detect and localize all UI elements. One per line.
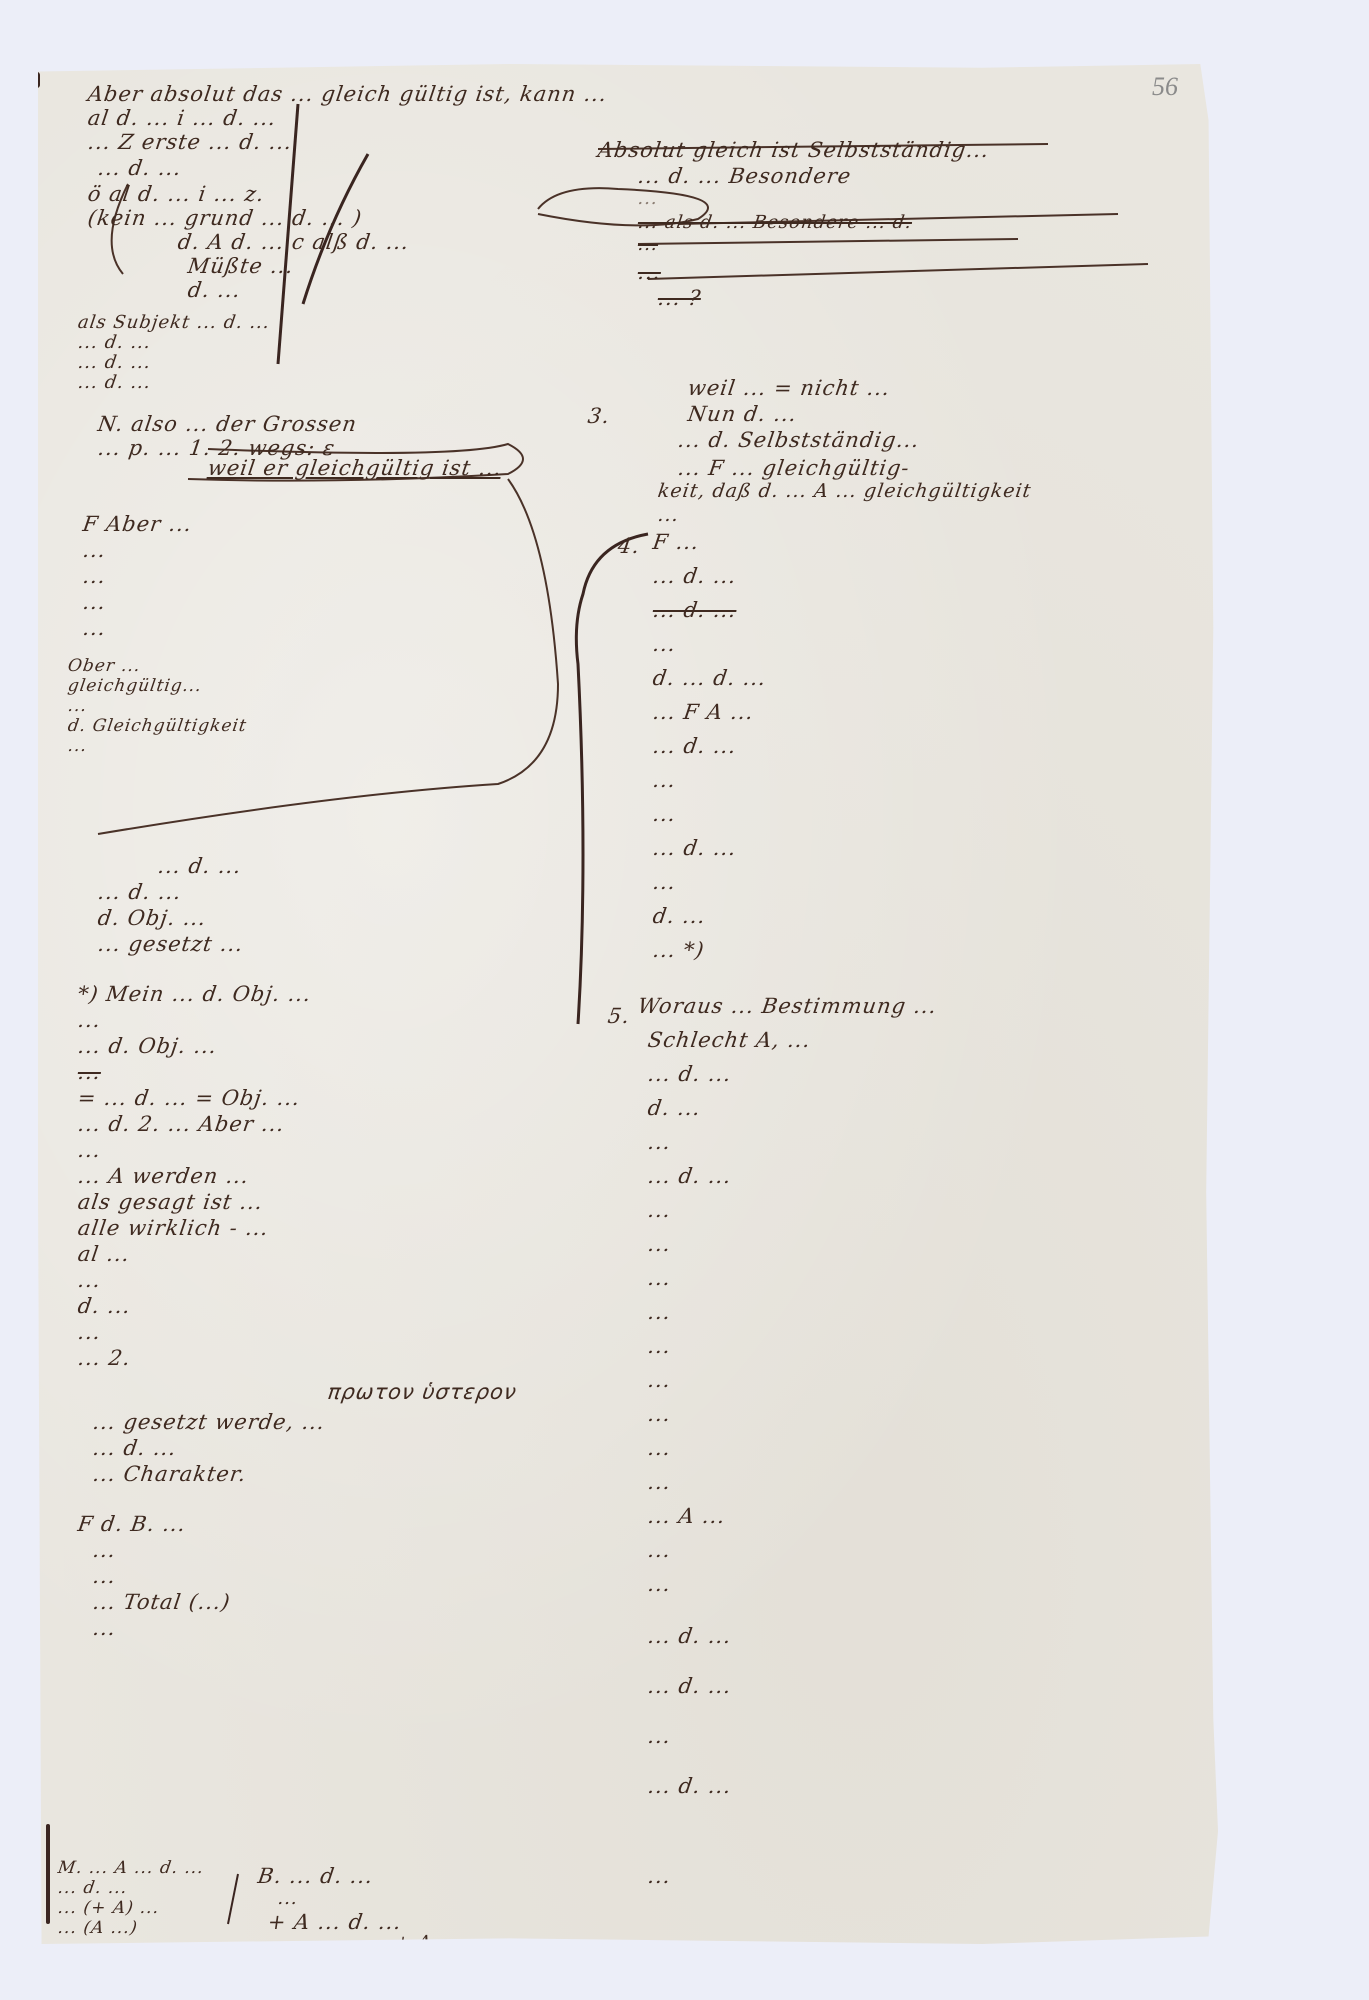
footnote-line: ... [76, 1268, 102, 1292]
text-line: ... d. ... [77, 352, 153, 373]
text-line: keit, daß d. ... A ... gleichgültigkeit [656, 480, 1032, 502]
text-line: ... [646, 1470, 672, 1494]
text-line: ... [646, 1572, 672, 1596]
text-line: ... [646, 1538, 672, 1562]
text-line: ... [81, 590, 107, 614]
footnote-line: al ... [76, 1242, 131, 1266]
section-number: 5. [606, 1004, 631, 1028]
struck-line: ... d. ... Besondere [636, 164, 853, 188]
text-line: ... [91, 1564, 117, 1588]
text-line: ... d. ... [646, 1674, 733, 1698]
text-line: ... [651, 768, 677, 792]
text-line: ... [81, 616, 107, 640]
struck-line: ... [637, 188, 660, 209]
folio-number: 56 [1152, 72, 1178, 102]
text-line: d. ... [651, 904, 707, 928]
text-line: ... d. ... [646, 1624, 733, 1648]
footnote-line: ... [76, 1320, 102, 1344]
bottom-note: ... (+ A) ... [57, 1898, 161, 1918]
text-line: ... + A. ... [367, 1932, 467, 1953]
text-line: ... [646, 1334, 672, 1358]
text-line: ... Z erste ... d. ... [86, 130, 294, 154]
text-line: ... A ... [646, 1504, 727, 1528]
text-line: ... [646, 1130, 672, 1154]
text-line: F d. B. ... [76, 1512, 187, 1536]
text-line: ... d. ... [651, 564, 738, 588]
text-line: + A ... d. ... [266, 1910, 403, 1934]
text-line: F Aber ... [81, 512, 193, 536]
text-line: Müßte ... [186, 254, 295, 278]
bottom-note: ... d. ... [57, 1878, 129, 1898]
margin-note: ... [67, 736, 89, 756]
text-line: Aber absolut das ... gleich gültig ist, … [86, 82, 608, 106]
margin-note: gleichgültig... [67, 676, 204, 696]
footnote-line: ... [76, 1008, 102, 1032]
footnote-line: ... [76, 1138, 102, 1162]
text-line: d. ... [646, 1096, 702, 1120]
text-line: Schlecht A, ... [646, 1028, 812, 1052]
struck-line: ... [637, 234, 660, 255]
text-line: ... d. ... [96, 880, 183, 904]
text-line: ... F ... gleichgültig- [676, 456, 911, 480]
text-line: ... [651, 870, 677, 894]
manuscript-page: 56 Aber absolut das ... gleich gültig is… [38, 64, 1218, 1944]
footnote-line: ... 2. [76, 1346, 132, 1370]
text-line: ... *) [651, 938, 706, 962]
text-line: ... gesetzt werde, ... [91, 1410, 326, 1434]
bottom-note: M. ... A ... d. ... [57, 1858, 206, 1878]
text-line: Woraus ... Bestimmung ... [636, 994, 938, 1018]
text-line: ... [646, 1368, 672, 1392]
text-line: ... [646, 1300, 672, 1324]
struck-line: ... als d. ... Besondere ... d. [637, 212, 914, 233]
text-line: ... [646, 1198, 672, 1222]
text-line: ... [646, 1232, 672, 1256]
text-line: ... gesetzt ... [96, 932, 245, 956]
text-line: ... F A ... [651, 700, 755, 724]
section-number: 3. [586, 404, 611, 428]
text-line: ... d. ... [91, 1436, 178, 1460]
text-line: ... Total (...) [91, 1590, 232, 1614]
text-line: d. Obj. ... [96, 906, 208, 930]
text-line: ... [91, 1538, 117, 1562]
text-line: d. A d. ... c alß d. ... [176, 230, 411, 254]
footnote-line: alle wirklich - ... [76, 1216, 270, 1240]
footnote-line: = ... d. ... = Obj. ... [76, 1086, 302, 1110]
margin-note: ... [67, 696, 89, 716]
text-line: ... d. ... [646, 1164, 733, 1188]
footnote-line: ... d. Obj. ... [76, 1034, 218, 1058]
text-line: ... [651, 802, 677, 826]
text-line: B. ... d. ... [256, 1864, 375, 1888]
text-line: ... d. ... [651, 598, 738, 622]
text-line: al d. ... i ... d. ... [86, 106, 278, 130]
text-line: ... d. ... [651, 836, 738, 860]
text-line: ... [646, 1724, 672, 1748]
text-line: ... [81, 564, 107, 588]
text-line: ... [277, 1888, 300, 1909]
text-line: ... d. ... [96, 156, 183, 180]
text-line: ... [646, 1266, 672, 1290]
text-line: ... d. ... [651, 734, 738, 758]
text-line: N. also ... der Grossen [96, 412, 358, 436]
footnote-line: *) Mein ... d. Obj. ... [76, 982, 313, 1006]
struck-line: ... ? [656, 286, 702, 310]
text-line: weil ... = nicht ... [686, 376, 892, 400]
text-line: ... [91, 1616, 117, 1640]
footnote-line: ... A werden ... [76, 1164, 250, 1188]
footnote-line: als gesagt ist ... [76, 1190, 264, 1214]
text-line: d. ... [186, 278, 242, 302]
text-line: Nun d. ... [686, 402, 798, 426]
text-line: d. ... d. ... [651, 666, 768, 690]
text-line: ... [646, 1864, 672, 1888]
text-line: ... d. ... [156, 854, 243, 878]
struck-line: Absolut gleich ist Selbstständig... [596, 138, 991, 162]
struck-line: ... [636, 260, 662, 284]
text-line: ... d. ... [77, 372, 153, 393]
section-number: 4. [616, 534, 641, 558]
text-line: F ... [651, 530, 701, 554]
text-line: ... [646, 1402, 672, 1426]
text-line: ... d. Selbstständig... [676, 428, 921, 452]
text-line: (kein ... grund ... d. ... ) [86, 206, 363, 230]
text-line: ... [651, 632, 677, 656]
margin-note: d. Gleichgültigkeit [67, 716, 249, 736]
text-line: ... Charakter. [91, 1462, 248, 1486]
text-line: ... [646, 1436, 672, 1460]
text-line: als Subjekt ... d. ... [77, 312, 272, 333]
greek-phrase: πρωτον ὑστερον [326, 1380, 518, 1404]
text-line: ... [656, 504, 680, 526]
text-line: ... [81, 538, 107, 562]
text-line: weil er gleichgültig ist ... [206, 456, 503, 480]
bottom-note: ... (A ...) [57, 1918, 140, 1938]
text-line: ... d. ... [646, 1062, 733, 1086]
footnote-line: ... d. 2. ... Aber ... [76, 1112, 286, 1136]
margin-note: Ober ... [67, 656, 142, 676]
text-line: ... d. ... [646, 1774, 733, 1798]
text-line: ö al d. ... i ... z. [86, 182, 266, 206]
text-line: ... d. ... [77, 332, 153, 353]
footnote-line: ... [76, 1060, 102, 1084]
ink-blot [34, 72, 40, 88]
footnote-line: d. ... [76, 1294, 132, 1318]
margin-ink-bar [46, 1824, 50, 1924]
